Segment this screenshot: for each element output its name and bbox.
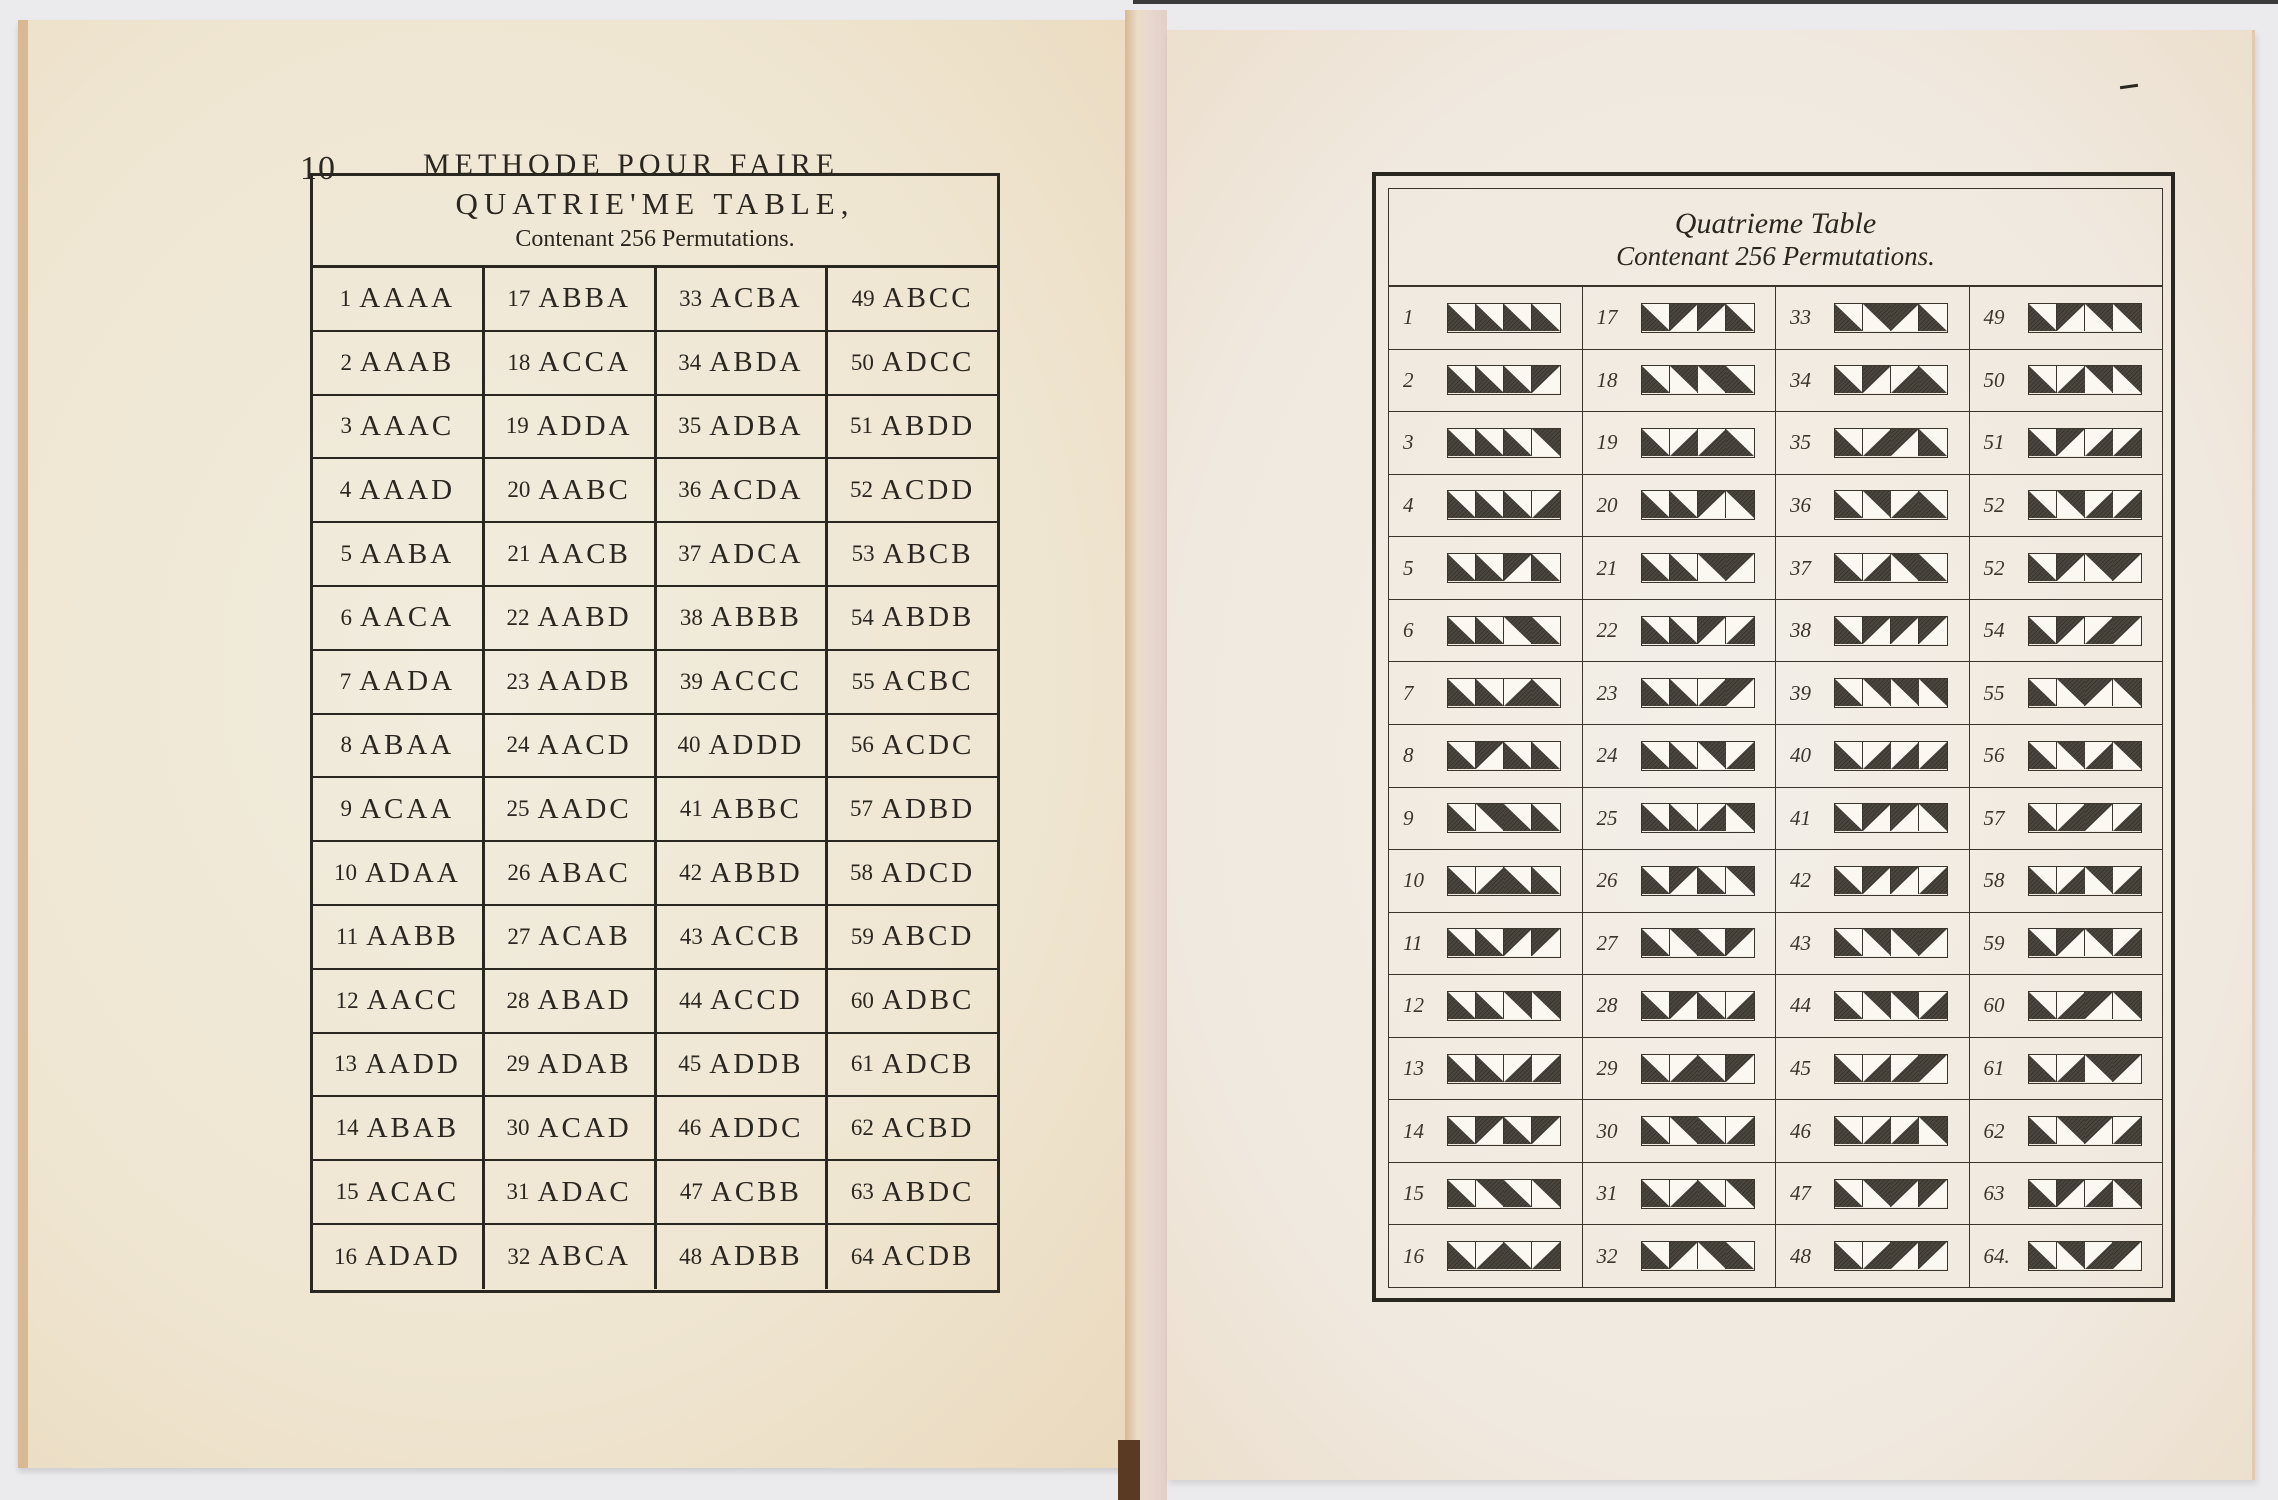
right-page: Quatrieme Table Contenant 256 Permutatio… xyxy=(1167,30,2255,1480)
permutation-number: 12 xyxy=(336,988,359,1014)
table-cell: 1AAAA xyxy=(313,268,485,330)
permutation-number: 52 xyxy=(850,477,873,503)
table-cell: 52 xyxy=(1970,537,2163,600)
permutation-letters: ABCC xyxy=(883,282,974,315)
triangle-upper-left-icon xyxy=(1504,554,1532,581)
triangle-upper-left-icon xyxy=(2057,304,2085,331)
permutation-number: 46 xyxy=(1790,1119,1834,1144)
permutation-number: 9 xyxy=(1403,806,1447,831)
triangle-lower-left-icon xyxy=(1642,929,1670,956)
permutation-table-tiles: Quatrieme Table Contenant 256 Permutatio… xyxy=(1372,172,2175,1302)
table-cell: 14 xyxy=(1389,1100,1582,1163)
triangle-lower-right-icon xyxy=(1863,1055,1891,1082)
permutation-number: 40 xyxy=(1790,743,1834,768)
tile-pattern xyxy=(2028,1054,2142,1084)
table-row: 6AACA22AABD38ABBB54ABDB xyxy=(313,587,997,651)
triangle-lower-left-icon xyxy=(1476,992,1504,1019)
table-cell: 6AACA xyxy=(313,587,485,649)
table-cell: 4AAAD xyxy=(313,459,485,521)
permutation-number: 2 xyxy=(341,350,353,376)
table-title: Quatrieme Table xyxy=(1389,207,2162,241)
triangle-lower-left-icon xyxy=(2029,992,2057,1019)
permutation-letters: ACAA xyxy=(360,793,454,826)
triangle-lower-left-icon xyxy=(1726,304,1754,331)
permutation-letters: ACAC xyxy=(367,1176,460,1209)
triangle-lower-right-icon xyxy=(1504,679,1532,706)
triangle-lower-left-icon xyxy=(1670,617,1698,644)
triangle-upper-right-icon xyxy=(1726,491,1754,518)
permutation-letters: ACDA xyxy=(709,474,803,507)
table-cell: 38ABBB xyxy=(657,587,829,649)
triangle-lower-left-icon xyxy=(1642,1055,1670,1082)
permutation-number: 22 xyxy=(1597,618,1641,643)
table-cell: 16 xyxy=(1389,1225,1582,1287)
table-row: 9ACAA25AADC41ABBC57ADBD xyxy=(313,778,997,842)
permutation-number: 19 xyxy=(1597,430,1641,455)
triangle-lower-left-icon xyxy=(1448,1180,1476,1207)
tile-pattern xyxy=(1641,1116,1755,1146)
permutation-letters: AABD xyxy=(538,601,632,634)
triangle-lower-left-icon xyxy=(1835,491,1863,518)
triangle-upper-left-icon xyxy=(1891,304,1919,331)
table-cell: 42 xyxy=(1776,850,1969,913)
tile-pattern xyxy=(1834,1241,1948,1271)
tile-pattern xyxy=(1834,553,1948,583)
triangle-upper-left-icon xyxy=(2057,554,2085,581)
triangle-upper-right-icon xyxy=(1670,1117,1698,1144)
viewer-top-edge xyxy=(1133,0,2278,4)
triangle-upper-right-icon xyxy=(1726,1180,1754,1207)
table-cell: 40 xyxy=(1776,725,1969,788)
triangle-upper-left-icon xyxy=(1891,804,1919,831)
triangle-upper-left-icon xyxy=(1891,867,1919,894)
triangle-lower-left-icon xyxy=(1835,304,1863,331)
triangle-upper-left-icon xyxy=(1919,1055,1947,1082)
permutation-number: 16 xyxy=(1403,1244,1447,1269)
permutation-letters: AABC xyxy=(538,474,631,507)
triangle-lower-left-icon xyxy=(2029,554,2057,581)
triangle-upper-right-icon xyxy=(2057,491,2085,518)
triangle-lower-left-icon xyxy=(1532,867,1560,894)
permutation-number: 41 xyxy=(1790,806,1834,831)
triangle-lower-right-icon xyxy=(1863,554,1891,581)
permutation-number: 18 xyxy=(507,350,530,376)
triangle-upper-right-icon xyxy=(1863,992,1891,1019)
permutation-number: 49 xyxy=(1984,305,2028,330)
tile-pattern xyxy=(1447,928,1561,958)
permutation-letters: AADD xyxy=(365,1048,461,1081)
permutation-number: 17 xyxy=(507,286,530,312)
permutation-letters: ACBC xyxy=(883,665,974,698)
permutation-number: 38 xyxy=(1790,618,1834,643)
permutation-number: 25 xyxy=(1597,806,1641,831)
triangle-lower-left-icon xyxy=(1835,804,1863,831)
permutation-number: 60 xyxy=(851,988,874,1014)
triangle-upper-right-icon xyxy=(1504,617,1532,644)
triangle-lower-right-icon xyxy=(2113,1117,2141,1144)
permutation-number: 24 xyxy=(507,732,530,758)
triangle-upper-left-icon xyxy=(2085,804,2113,831)
triangle-upper-left-icon xyxy=(2113,1242,2141,1269)
permutation-number: 16 xyxy=(334,1244,357,1270)
triangle-lower-right-icon xyxy=(1476,1242,1504,1269)
triangle-lower-right-icon xyxy=(2057,804,2085,831)
table-cell: 27ACAB xyxy=(485,906,657,968)
triangle-lower-left-icon xyxy=(1532,554,1560,581)
permutation-number: 2 xyxy=(1403,368,1447,393)
tile-pattern xyxy=(1834,678,1948,708)
table-cell: 61 xyxy=(1970,1038,2163,1101)
triangle-lower-left-icon xyxy=(1476,929,1504,956)
table-cell: 59 xyxy=(1970,913,2163,976)
triangle-lower-left-icon xyxy=(1448,554,1476,581)
tile-pattern xyxy=(1834,1116,1948,1146)
table-row: 8ABAA24AACD40ADDD56ACDC xyxy=(313,715,997,779)
table-row: 10ADAA26ABAC42ABBD58ADCD xyxy=(313,842,997,906)
table-cell: 10ADAA xyxy=(313,842,485,904)
tile-pattern xyxy=(1641,1241,1755,1271)
triangle-lower-left-icon xyxy=(1476,491,1504,518)
table-cell: 47 xyxy=(1776,1163,1969,1226)
permutation-number: 31 xyxy=(507,1179,530,1205)
permutation-number: 32 xyxy=(1597,1244,1641,1269)
table-cell: 49 xyxy=(1970,287,2163,350)
table-cell: 48ADBB xyxy=(657,1225,829,1289)
permutation-number: 8 xyxy=(1403,743,1447,768)
permutation-letters: ADBA xyxy=(709,410,803,443)
triangle-upper-left-icon xyxy=(1891,1180,1919,1207)
table-cell: 23 xyxy=(1583,662,1776,725)
table-cell: 12 xyxy=(1389,975,1582,1038)
permutation-letters: ABDB xyxy=(882,601,975,634)
permutation-letters: ACDB xyxy=(882,1240,975,1273)
triangle-upper-right-icon xyxy=(1863,929,1891,956)
triangle-lower-right-icon xyxy=(2085,617,2113,644)
table-row: 11AABB27ACAB43ACCB59ABCD xyxy=(313,906,997,970)
tile-pattern xyxy=(2028,490,2142,520)
tile-pattern xyxy=(2028,365,2142,395)
triangle-lower-left-icon xyxy=(1835,992,1863,1019)
permutation-number: 28 xyxy=(507,988,530,1014)
permutation-number: 36 xyxy=(1790,493,1834,518)
triangle-lower-left-icon xyxy=(1835,1055,1863,1082)
permutation-number: 39 xyxy=(680,669,703,695)
permutation-letters: ADCA xyxy=(709,538,803,571)
triangle-upper-right-icon xyxy=(1891,992,1919,1019)
triangle-lower-left-icon xyxy=(1448,929,1476,956)
permutation-number: 5 xyxy=(1403,556,1447,581)
permutation-letters: ACBB xyxy=(711,1176,802,1209)
permutation-letters: ABDD xyxy=(881,410,975,443)
table-cell: 9 xyxy=(1389,788,1582,851)
triangle-lower-right-icon xyxy=(1698,679,1726,706)
permutation-number: 20 xyxy=(507,477,530,503)
permutation-number: 57 xyxy=(850,796,873,822)
table-cell: 13AADD xyxy=(313,1034,485,1096)
table-row: 15ACAC31ADAC47ACBB63ABDC xyxy=(313,1161,997,1225)
triangle-lower-right-icon xyxy=(2085,1242,2113,1269)
table-cell: 62 xyxy=(1970,1100,2163,1163)
table-cell: 13 xyxy=(1389,1038,1582,1101)
triangle-lower-right-icon xyxy=(1504,1055,1532,1082)
triangle-lower-right-icon xyxy=(1726,742,1754,769)
table-cell: 37 xyxy=(1776,537,1969,600)
triangle-lower-left-icon xyxy=(1698,1055,1726,1082)
table-row: 12AACC28ABAD44ACCD60ADBC xyxy=(313,970,997,1034)
tile-pattern xyxy=(1447,490,1561,520)
permutation-letters: AAAD xyxy=(359,474,455,507)
table-cell: 42ABBD xyxy=(657,842,829,904)
table-cell: 27 xyxy=(1583,913,1776,976)
table-cell: 24 xyxy=(1583,725,1776,788)
tile-pattern xyxy=(1447,303,1561,333)
table-cell: 21 xyxy=(1583,537,1776,600)
triangle-lower-right-icon xyxy=(2113,804,2141,831)
tile-pattern xyxy=(1641,991,1755,1021)
triangle-upper-left-icon xyxy=(1698,491,1726,518)
triangle-lower-right-icon xyxy=(1698,804,1726,831)
permutation-number: 14 xyxy=(1403,1119,1447,1144)
permutation-letters: ABAD xyxy=(538,984,632,1017)
triangle-upper-right-icon xyxy=(1476,1180,1504,1207)
permutation-number: 25 xyxy=(507,796,530,822)
table-cell: 9ACAA xyxy=(313,778,485,840)
permutation-number: 4 xyxy=(340,477,352,503)
permutation-number: 56 xyxy=(851,732,874,758)
tile-pattern xyxy=(1834,1179,1948,1209)
permutation-number: 12 xyxy=(1403,993,1447,1018)
permutation-number: 50 xyxy=(1984,368,2028,393)
triangle-lower-left-icon xyxy=(1642,742,1670,769)
permutation-number: 60 xyxy=(1984,993,2028,1018)
table-row: 5AABA21AACB37ADCA53ABCB xyxy=(313,523,997,587)
table-cell: 19 xyxy=(1583,412,1776,475)
tile-pattern xyxy=(1641,553,1755,583)
permutation-number: 11 xyxy=(1403,931,1447,956)
triangle-lower-right-icon xyxy=(1670,1055,1698,1082)
table-cell: 19ADDA xyxy=(485,396,657,458)
table-cell: 50 xyxy=(1970,350,2163,413)
permutation-number: 30 xyxy=(1597,1119,1641,1144)
table-cell: 64ACDB xyxy=(828,1225,997,1289)
table-cell: 54ABDB xyxy=(828,587,997,649)
table-cell: 58 xyxy=(1970,850,2163,913)
book-spine xyxy=(1125,10,1167,1500)
table-cell: 36 xyxy=(1776,475,1969,538)
table-cell: 32ABCA xyxy=(485,1225,657,1289)
permutation-number: 35 xyxy=(1790,430,1834,455)
table-cell: 25 xyxy=(1583,788,1776,851)
triangle-lower-left-icon xyxy=(1476,429,1504,456)
permutation-number: 43 xyxy=(680,924,703,950)
permutation-letters: ABBC xyxy=(711,793,802,826)
permutation-number: 30 xyxy=(507,1115,530,1141)
triangle-lower-left-icon xyxy=(1670,491,1698,518)
table-cell: 63 xyxy=(1970,1163,2163,1226)
triangle-upper-right-icon xyxy=(1698,554,1726,581)
triangle-lower-right-icon xyxy=(2057,867,2085,894)
table-cell: 29ADAB xyxy=(485,1034,657,1096)
triangle-upper-left-icon xyxy=(1698,304,1726,331)
permutation-number: 3 xyxy=(1403,430,1447,455)
permutation-number: 4 xyxy=(1403,493,1447,518)
permutation-letters: AADA xyxy=(359,665,455,698)
tile-pattern xyxy=(1834,428,1948,458)
triangle-upper-right-icon xyxy=(1919,804,1947,831)
permutation-letters: AACD xyxy=(538,729,632,762)
triangle-upper-left-icon xyxy=(1532,929,1560,956)
triangle-lower-right-icon xyxy=(1863,429,1891,456)
triangle-upper-left-icon xyxy=(1863,617,1891,644)
triangle-lower-right-icon xyxy=(1532,1242,1560,1269)
table-cell: 53ABCB xyxy=(828,523,997,585)
permutation-number: 51 xyxy=(1984,430,2028,455)
permutation-letters: ABBB xyxy=(711,601,802,634)
triangle-upper-left-icon xyxy=(1476,742,1504,769)
triangle-upper-left-icon xyxy=(2057,429,2085,456)
table-cell: 51ABDD xyxy=(828,396,997,458)
permutation-number: 29 xyxy=(507,1051,530,1077)
permutation-letters: AAAC xyxy=(360,410,454,443)
triangle-upper-right-icon xyxy=(1476,804,1504,831)
triangle-lower-left-icon xyxy=(2029,491,2057,518)
table-cell: 34ABDA xyxy=(657,332,829,394)
triangle-lower-left-icon xyxy=(2029,742,2057,769)
triangle-lower-right-icon xyxy=(2113,491,2141,518)
permutation-number: 54 xyxy=(1984,618,2028,643)
triangle-lower-left-icon xyxy=(1448,491,1476,518)
permutation-number: 61 xyxy=(851,1051,874,1077)
triangle-upper-left-icon xyxy=(2085,992,2113,1019)
triangle-lower-left-icon xyxy=(1476,617,1504,644)
triangle-upper-left-icon xyxy=(1726,554,1754,581)
permutation-letters: AABB xyxy=(366,920,459,953)
table-cell: 55 xyxy=(1970,662,2163,725)
triangle-upper-right-icon xyxy=(2085,929,2113,956)
triangle-upper-right-icon xyxy=(1726,804,1754,831)
table-inner-frame: Quatrieme Table Contenant 256 Permutatio… xyxy=(1388,188,2163,1288)
table-row: 3AAAC19ADDA35ADBA51ABDD xyxy=(313,396,997,460)
permutation-number: 11 xyxy=(336,924,358,950)
tile-pattern xyxy=(1641,928,1755,958)
tile-pattern xyxy=(1641,490,1755,520)
triangle-lower-left-icon xyxy=(2029,617,2057,644)
triangle-upper-right-icon xyxy=(2085,366,2113,393)
triangle-upper-right-icon xyxy=(1504,992,1532,1019)
table-cell: 16ADAD xyxy=(313,1225,485,1289)
permutation-number: 58 xyxy=(850,860,873,886)
tile-pattern xyxy=(2028,616,2142,646)
tile-pattern xyxy=(1834,803,1948,833)
table-cell: 26 xyxy=(1583,850,1776,913)
triangle-upper-right-icon xyxy=(2057,742,2085,769)
permutation-letters: AADC xyxy=(538,793,632,826)
tile-pattern xyxy=(2028,803,2142,833)
triangle-upper-right-icon xyxy=(2085,304,2113,331)
table-cell: 4 xyxy=(1389,475,1582,538)
permutation-letters: ADAD xyxy=(365,1240,461,1273)
table-cell: 5AABA xyxy=(313,523,485,585)
tile-pattern xyxy=(1834,928,1948,958)
table-cell: 17 xyxy=(1583,287,1776,350)
triangle-upper-left-icon xyxy=(1891,1242,1919,1269)
permutation-letters: AADB xyxy=(538,665,632,698)
table-cell: 57 xyxy=(1970,788,2163,851)
permutation-number: 31 xyxy=(1597,1181,1641,1206)
table-cell: 21AACB xyxy=(485,523,657,585)
permutation-number: 48 xyxy=(679,1244,702,1270)
triangle-lower-left-icon xyxy=(1448,992,1476,1019)
triangle-lower-right-icon xyxy=(1726,617,1754,644)
permutation-number: 46 xyxy=(678,1115,701,1141)
triangle-lower-left-icon xyxy=(1642,867,1670,894)
triangle-upper-right-icon xyxy=(1698,742,1726,769)
permutation-letters: ABDC xyxy=(882,1176,975,1209)
permutation-number: 13 xyxy=(334,1051,357,1077)
triangle-lower-left-icon xyxy=(1670,554,1698,581)
triangle-lower-left-icon xyxy=(1476,1055,1504,1082)
permutation-number: 20 xyxy=(1597,493,1641,518)
table-row: 13AADD29ADAB45ADDB61ADCB xyxy=(313,1034,997,1098)
permutation-number: 36 xyxy=(678,477,701,503)
triangle-upper-left-icon xyxy=(1891,429,1919,456)
permutation-letters: ACCD xyxy=(710,984,803,1017)
triangle-upper-left-icon xyxy=(1670,867,1698,894)
triangle-lower-right-icon xyxy=(1698,429,1726,456)
permutation-number: 63 xyxy=(851,1179,874,1205)
permutation-number: 42 xyxy=(679,860,702,886)
triangle-upper-left-icon xyxy=(1726,1055,1754,1082)
permutation-number: 38 xyxy=(680,605,703,631)
table-cell: 46 xyxy=(1776,1100,1969,1163)
triangle-upper-left-icon xyxy=(1863,867,1891,894)
table-cell: 64. xyxy=(1970,1225,2163,1287)
triangle-upper-right-icon xyxy=(2113,742,2141,769)
permutation-number: 45 xyxy=(678,1051,701,1077)
triangle-lower-left-icon xyxy=(1835,867,1863,894)
triangle-lower-left-icon xyxy=(1532,804,1560,831)
triangle-lower-right-icon xyxy=(1919,742,1947,769)
tile-pattern xyxy=(1641,678,1755,708)
triangle-lower-left-icon xyxy=(1835,554,1863,581)
table-subtitle: Contenant 256 Permutations. xyxy=(1389,241,2162,272)
permutation-number: 19 xyxy=(506,413,529,439)
permutation-number: 7 xyxy=(1403,681,1447,706)
table-subtitle: Contenant 256 Permutations. xyxy=(313,226,997,253)
permutation-number: 17 xyxy=(1597,305,1641,330)
table-cell: 12AACC xyxy=(313,970,485,1032)
table-cell: 30ACAD xyxy=(485,1097,657,1159)
tile-pattern xyxy=(1834,741,1948,771)
permutation-letters: ABAC xyxy=(538,857,631,890)
triangle-lower-left-icon xyxy=(1448,742,1476,769)
triangle-upper-left-icon xyxy=(2113,554,2141,581)
triangle-lower-left-icon xyxy=(1642,992,1670,1019)
triangle-lower-left-icon xyxy=(1698,929,1726,956)
tile-pattern xyxy=(1641,365,1755,395)
triangle-lower-left-icon xyxy=(1504,1180,1532,1207)
triangle-upper-right-icon xyxy=(1670,366,1698,393)
tile-pattern xyxy=(1447,803,1561,833)
table-cell: 48 xyxy=(1776,1225,1969,1287)
triangle-lower-left-icon xyxy=(1642,679,1670,706)
permutation-letters: ADBC xyxy=(882,984,975,1017)
triangle-lower-right-icon xyxy=(1726,1117,1754,1144)
table-cell: 36ACDA xyxy=(657,459,829,521)
permutation-number: 62 xyxy=(1984,1119,2028,1144)
triangle-upper-left-icon xyxy=(2057,929,2085,956)
permutation-number: 48 xyxy=(1790,1244,1834,1269)
